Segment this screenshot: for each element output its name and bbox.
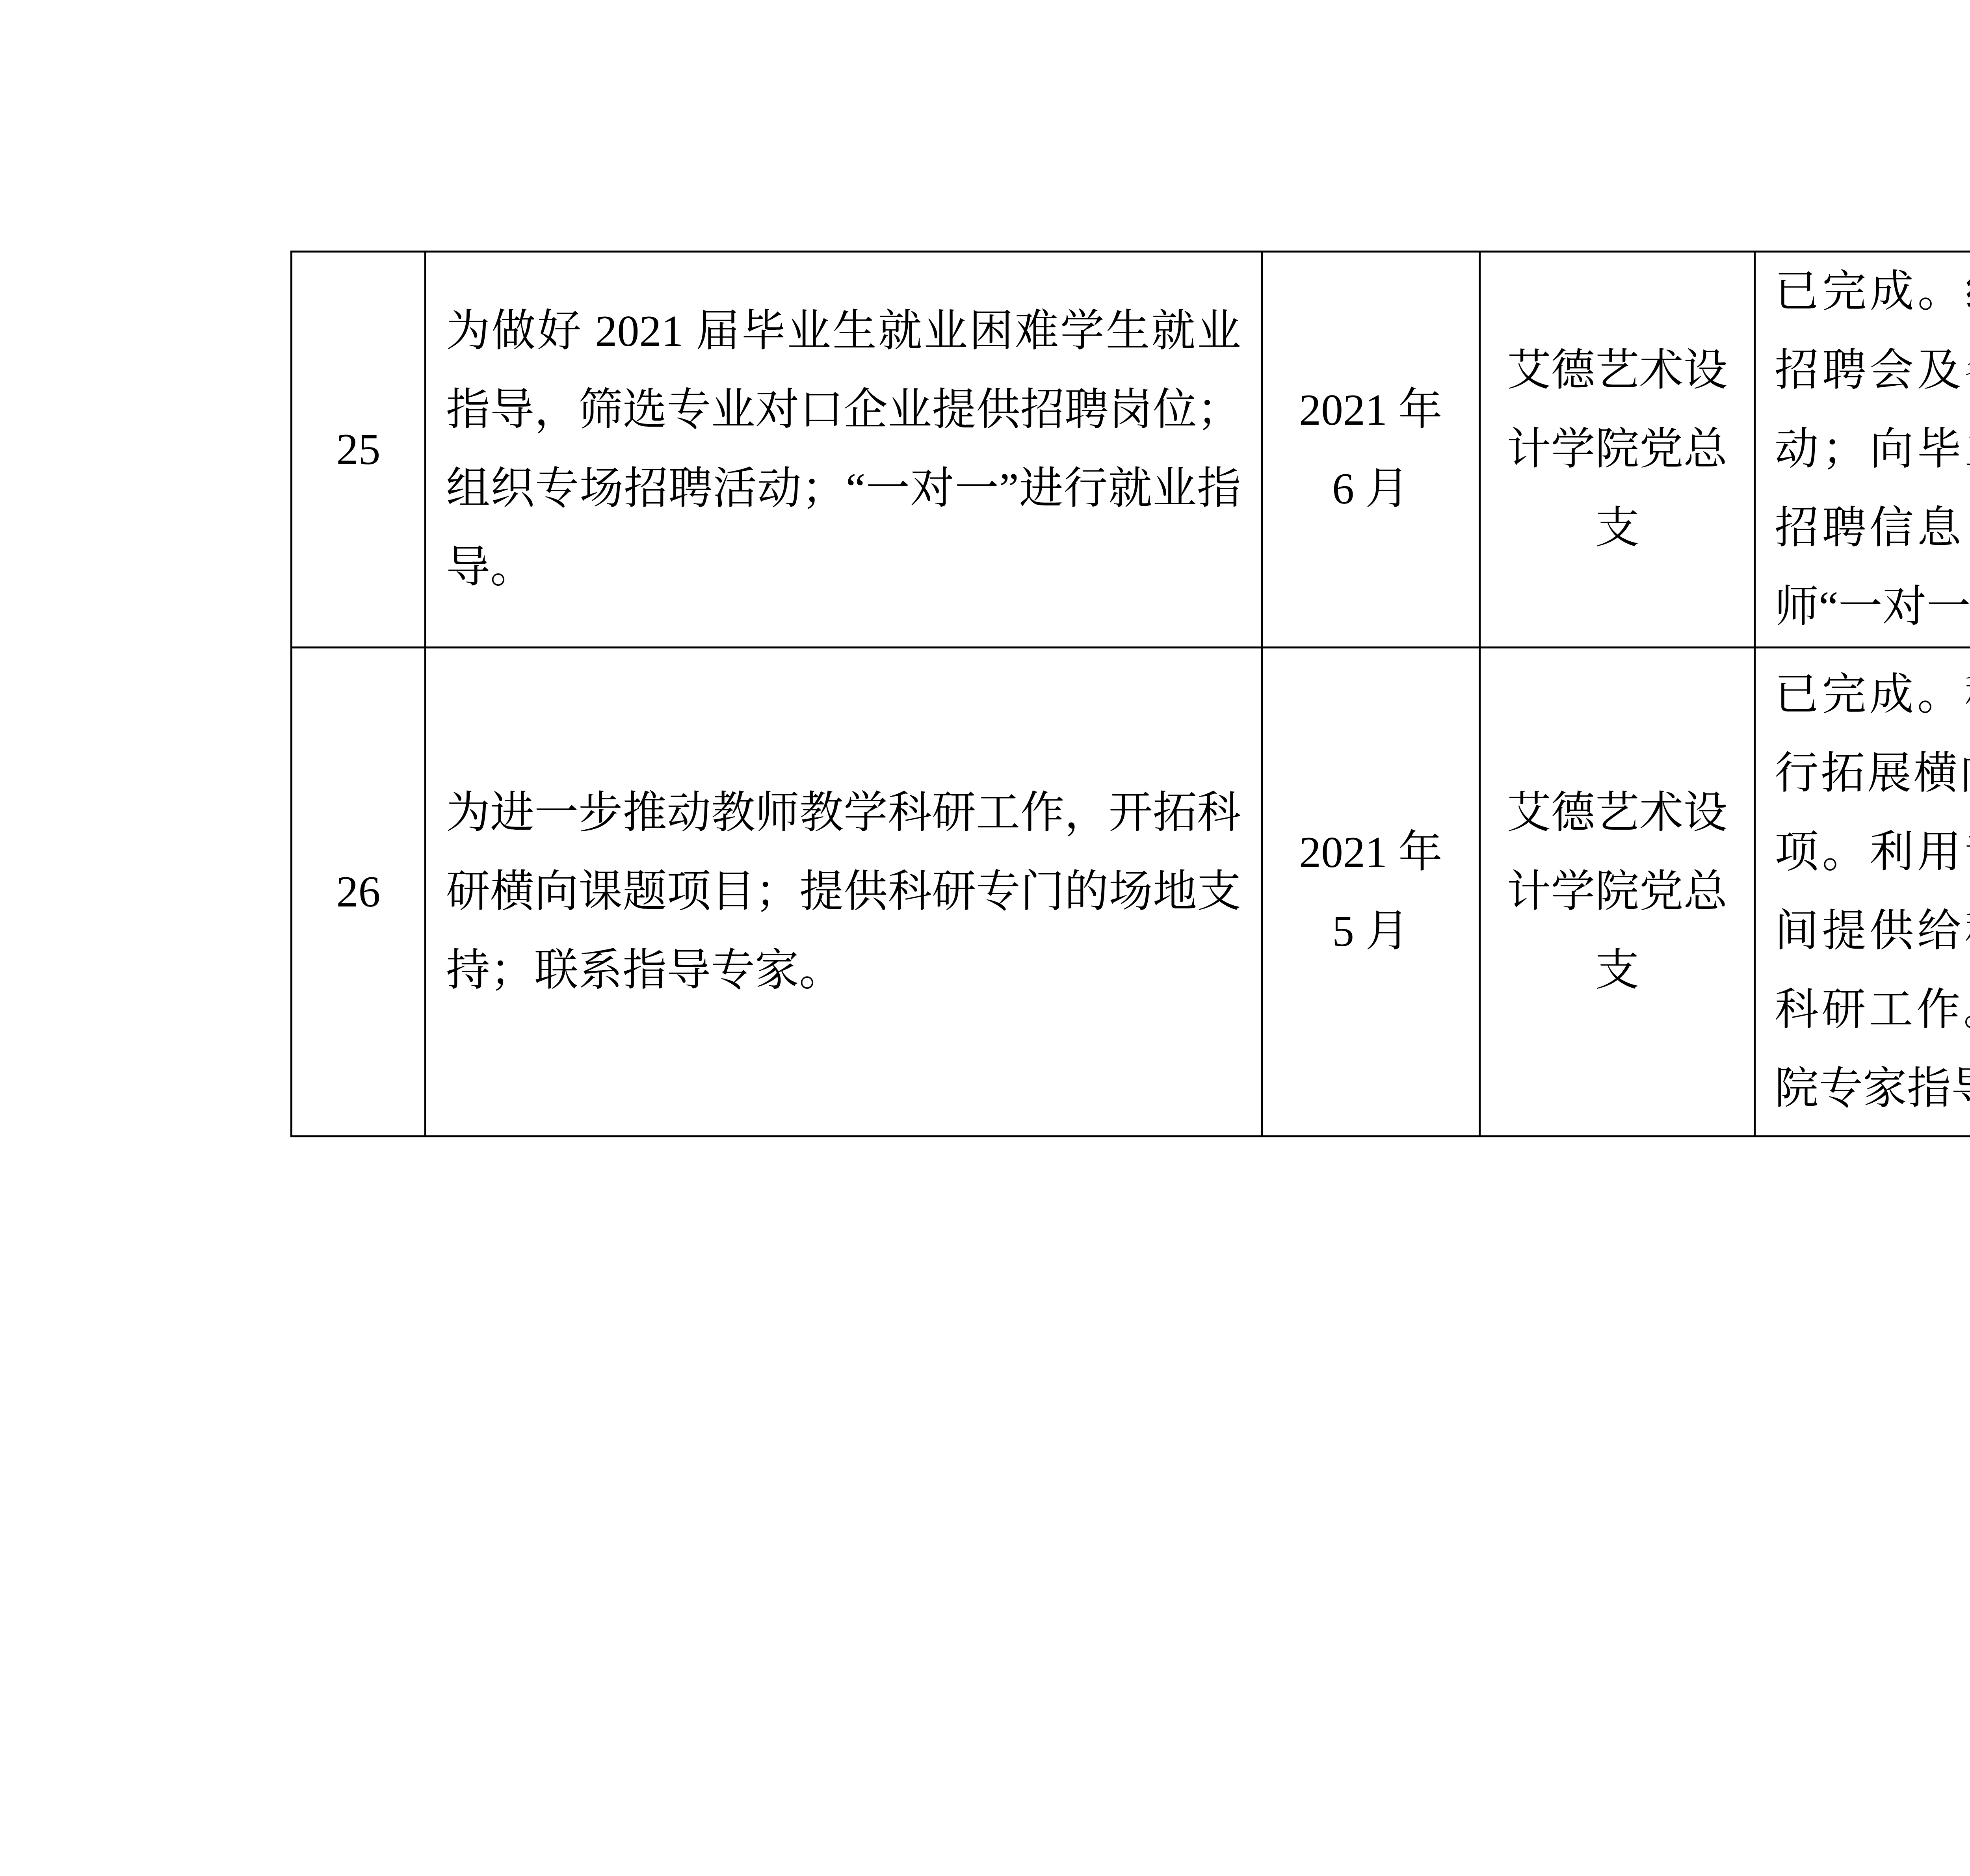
row-26-date-cell: 2021 年 5 月: [1262, 648, 1480, 1137]
row-25-department-cell: 艾德艺术设 计学院党总 支: [1480, 252, 1755, 648]
work-progress-table: 25 为做好 2021 届毕业生就业困难学生就业指导，筛选专业对口企业提供招聘岗…: [290, 251, 1970, 1137]
row-26-department-cell: 艾德艺术设 计学院党总 支: [1480, 648, 1755, 1137]
row-26-number-cell: 26: [292, 648, 426, 1137]
document-page: 25 为做好 2021 届毕业生就业困难学生就业指导，筛选专业对口企业提供招聘岗…: [0, 0, 1970, 1876]
row-25-task-cell: 为做好 2021 届毕业生就业困难学生就业指导，筛选专业对口企业提供招聘岗位；组…: [426, 252, 1262, 648]
table-row-26: 26 为进一步推动教师教学科研工作，开拓科研横向课题项目；提供科研专门的场地支持…: [292, 648, 1970, 1137]
row-25-date-cell: 2021 年 6 月: [1262, 252, 1480, 648]
row-26-status-cell: 已完成。积极与校外企业进行拓展横向科研课题项目 12 项。利用专家工作室共享空间…: [1755, 648, 1970, 1137]
row-25-status-cell: 已完成。组织“艾未来”专场招聘会及各专业分场招聘活动；向毕业生公布专业岗位招聘信…: [1755, 252, 1970, 648]
row-25-number-cell: 25: [292, 252, 426, 648]
table-row-25: 25 为做好 2021 届毕业生就业困难学生就业指导，筛选专业对口企业提供招聘岗…: [292, 252, 1970, 648]
row-26-task-cell: 为进一步推动教师教学科研工作，开拓科研横向课题项目；提供科研专门的场地支持；联系…: [426, 648, 1262, 1137]
